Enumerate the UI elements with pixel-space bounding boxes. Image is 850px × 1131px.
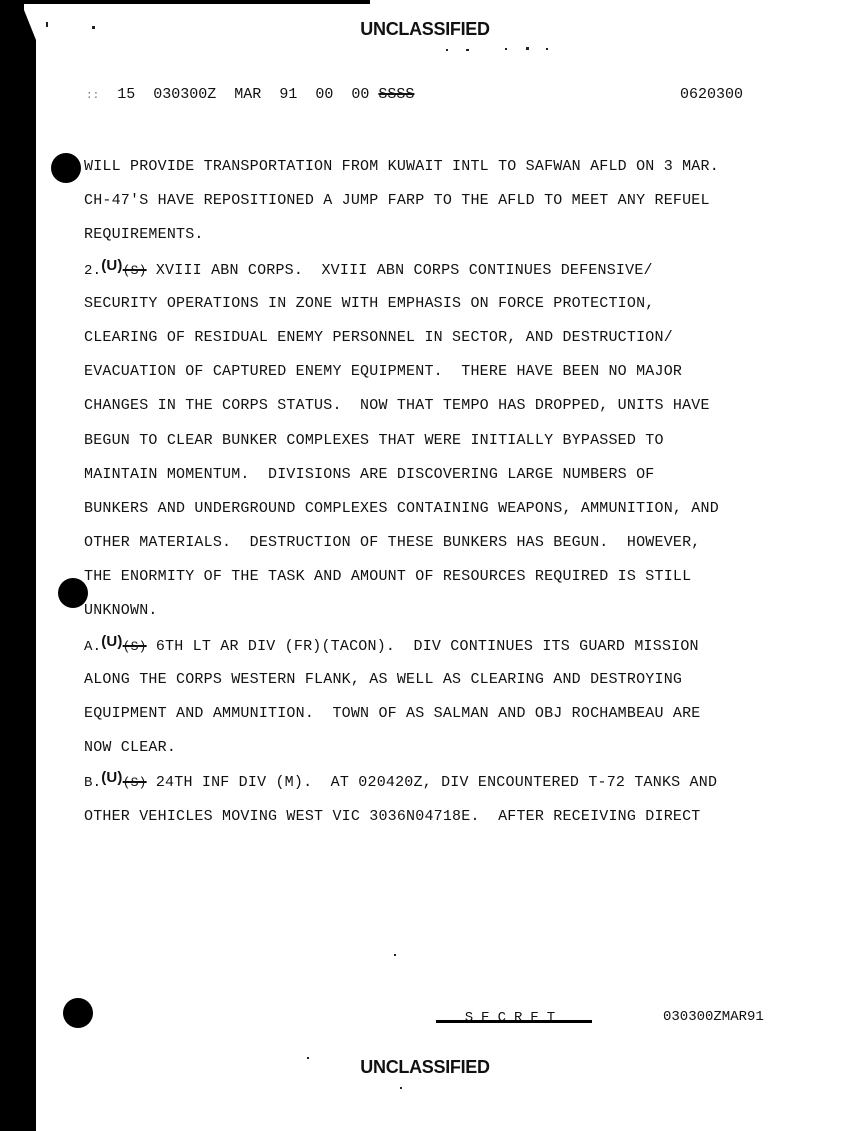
scan-speck [526, 47, 529, 50]
punch-hole [51, 153, 81, 183]
text-line: CH-47'S HAVE REPOSITIONED A JUMP FARP TO… [84, 189, 824, 223]
struck-secret-marking: SECRET [436, 1010, 592, 1026]
struck-portion-marking: (S) [123, 263, 147, 278]
paragraph-number: A. [84, 639, 101, 655]
text-line: XVIII ABN CORPS. XVIII ABN CORPS CONTINU… [147, 262, 653, 279]
header-field: 15 [117, 86, 135, 103]
paragraph-a-heading: A.(U)(S) 6TH LT AR DIV (FR)(TACON). DIV … [84, 634, 824, 668]
text-line: WILL PROVIDE TRANSPORTATION FROM KUWAIT … [84, 155, 824, 189]
scan-speck [446, 49, 448, 51]
text-line: EVACUATION OF CAPTURED ENEMY EQUIPMENT. … [84, 360, 824, 394]
message-body: WILL PROVIDE TRANSPORTATION FROM KUWAIT … [84, 155, 824, 839]
header-field: MAR [234, 86, 261, 103]
text-line: 6TH LT AR DIV (FR)(TACON). DIV CONTINUES… [147, 638, 699, 655]
scan-speck [394, 954, 396, 956]
portion-marking: (U) [101, 769, 122, 786]
struck-classification-code: SSSS [378, 86, 414, 103]
header-field: 00 [351, 86, 369, 103]
paragraph-number: B. [84, 775, 101, 791]
paragraph-b-heading: B.(U)(S) 24TH INF DIV (M). AT 020420Z, D… [84, 770, 824, 804]
text-line: ALONG THE CORPS WESTERN FLANK, AS WELL A… [84, 668, 824, 702]
scan-speck [400, 1087, 402, 1089]
text-line: OTHER MATERIALS. DESTRUCTION OF THESE BU… [84, 531, 824, 565]
struck-portion-marking: (S) [123, 639, 147, 654]
header-field: 030300Z [153, 86, 216, 103]
scan-top-edge [24, 0, 370, 4]
text-line: EQUIPMENT AND AMMUNITION. TOWN OF AS SAL… [84, 702, 824, 736]
header-field: 91 [279, 86, 297, 103]
text-line: SECURITY OPERATIONS IN ZONE WITH EMPHASI… [84, 292, 824, 326]
classification-marking-top: UNCLASSIFIED [0, 19, 850, 40]
scan-speck [546, 48, 548, 50]
text-line: UNKNOWN. [84, 599, 824, 633]
portion-marking: (U) [101, 633, 122, 650]
text-line: BUNKERS AND UNDERGROUND COMPLEXES CONTAI… [84, 497, 824, 531]
portion-marking: (U) [101, 257, 122, 274]
scan-speck [466, 49, 469, 51]
scan-speck [505, 48, 507, 50]
text-line: OTHER VEHICLES MOVING WEST VIC 3036N0471… [84, 805, 824, 839]
text-line: BEGUN TO CLEAR BUNKER COMPLEXES THAT WER… [84, 429, 824, 463]
text-line: NOW CLEAR. [84, 736, 824, 770]
paragraph-number: 2. [84, 263, 101, 279]
footer-dtg: 030300ZMAR91 [663, 1009, 764, 1025]
text-line: THE ENORMITY OF THE TASK AND AMOUNT OF R… [84, 565, 824, 599]
paragraph-2-heading: 2.(U)(S) XVIII ABN CORPS. XVIII ABN CORP… [84, 258, 824, 292]
strikethrough-line [436, 1020, 592, 1023]
text-line: MAINTAIN MOMENTUM. DIVISIONS ARE DISCOVE… [84, 463, 824, 497]
text-line: 24TH INF DIV (M). AT 020420Z, DIV ENCOUN… [147, 774, 718, 791]
text-line: CHANGES IN THE CORPS STATUS. NOW THAT TE… [84, 394, 824, 428]
header-field: 00 [315, 86, 333, 103]
punch-hole [63, 998, 93, 1028]
classification-marking-bottom: UNCLASSIFIED [0, 1057, 850, 1078]
struck-portion-marking: (S) [123, 775, 147, 790]
text-line: CLEARING OF RESIDUAL ENEMY PERSONNEL IN … [84, 326, 824, 360]
header-prefix: :: [86, 90, 99, 102]
message-number: 0620300 [680, 86, 743, 103]
scan-edge-shadow [0, 0, 36, 1131]
text-line: REQUIREMENTS. [84, 223, 824, 257]
message-header: :: 15 030300Z MAR 91 00 00 SSSS [86, 86, 414, 103]
